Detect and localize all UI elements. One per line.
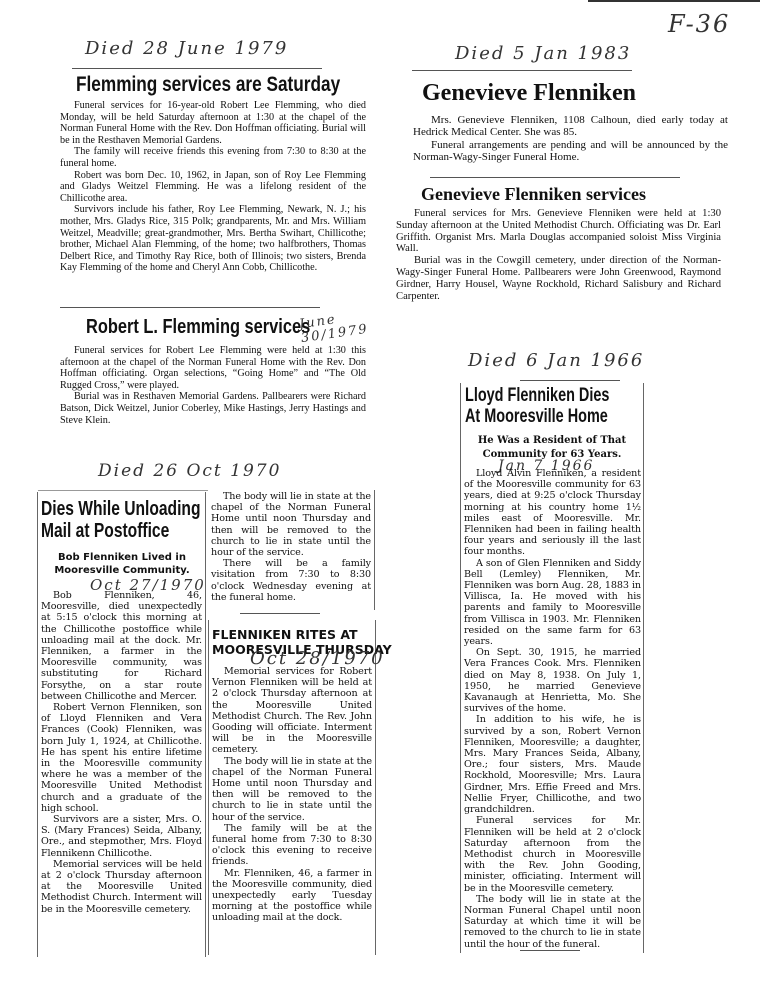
date-annotation: June 30/1979 <box>298 310 361 346</box>
headline: Genevieve Flenniken <box>422 80 636 107</box>
paragraph: Funeral arrangements are pending and wil… <box>413 139 728 164</box>
paragraph: A son of Glen Flenniken and Siddy Bell (… <box>464 558 641 648</box>
paragraph: The family will receive friends this eve… <box>60 146 366 169</box>
column-border <box>460 383 461 953</box>
article-body: Funeral services for Mrs. Genevieve Flen… <box>396 208 721 302</box>
paragraph: Bob Flenniken, 46, Mooresville, died une… <box>41 590 202 702</box>
paragraph: Survivors include his father, Roy Lee Fl… <box>60 204 366 274</box>
paragraph: Survivors are a sister, Mrs. O. S. (Mary… <box>41 814 202 859</box>
paragraph: Memorial services for Robert Vernon Flen… <box>212 666 372 756</box>
headline: Lloyd Flenniken Dies At Mooresville Home <box>465 385 609 427</box>
article-body: Lloyd Alvin Flenniken, a resident of the… <box>464 468 641 950</box>
subhead-line: Mooresville Community. <box>54 565 189 576</box>
page-number-annotation: F-36 <box>668 10 730 38</box>
article-body: Mrs. Genevieve Flenniken, 1108 Calhoun, … <box>413 114 728 164</box>
paragraph: Mr. Flenniken, 46, a farmer in the Moore… <box>212 868 372 924</box>
death-date-annotation: Died 6 Jan 1966 <box>468 350 644 371</box>
headline-line: Mail at Postoffice <box>41 520 169 542</box>
paragraph: Robert was born Dec. 10, 1962, in Japan,… <box>60 170 366 205</box>
divider <box>72 68 322 69</box>
divider <box>520 950 580 951</box>
column-border <box>643 383 644 953</box>
paragraph: Mrs. Genevieve Flenniken, 1108 Calhoun, … <box>413 114 728 139</box>
divider <box>240 613 320 614</box>
headline: Robert L. Flemming services <box>86 316 310 339</box>
subheadline: Bob Flenniken Lived in Mooresville Commu… <box>40 551 204 577</box>
paragraph: Burial was in Resthaven Memorial Gardens… <box>60 391 366 426</box>
article-body: Bob Flenniken, 46, Mooresville, died une… <box>41 590 202 915</box>
article-body-continued: The body will lie in state at the chapel… <box>211 491 371 603</box>
column-border <box>375 620 376 955</box>
headline: Genevieve Flenniken services <box>421 184 646 205</box>
column-border <box>205 492 206 957</box>
divider <box>38 490 208 491</box>
paragraph: Memorial services will be held at 2 o'cl… <box>41 859 202 915</box>
paragraph: There will be a family visitation from 7… <box>211 558 371 603</box>
death-date-annotation: Died 26 Oct 1970 <box>98 461 281 481</box>
paragraph: Funeral services for Mrs. Genevieve Flen… <box>396 208 721 255</box>
article-body: Funeral services for 16-year-old Robert … <box>60 100 366 274</box>
paragraph: Burial was in the Cowgill cemetery, unde… <box>396 255 721 302</box>
headline-line: Lloyd Flenniken Dies <box>465 385 609 406</box>
column-border <box>37 492 38 957</box>
paragraph: The body will lie in state at the Norman… <box>464 894 641 950</box>
top-edge-rule <box>588 0 760 2</box>
paragraph: The family will be at the funeral home f… <box>212 823 372 868</box>
divider <box>430 177 680 178</box>
paragraph: Lloyd Alvin Flenniken, a resident of the… <box>464 468 641 558</box>
divider <box>412 70 632 71</box>
column-border <box>374 490 375 610</box>
death-date-annotation: Died 28 June 1979 <box>85 38 288 59</box>
column-border <box>208 620 209 955</box>
divider <box>520 380 620 381</box>
headline: Flemming services are Saturday <box>76 73 340 97</box>
article-body: Memorial services for Robert Vernon Flen… <box>212 666 372 924</box>
headline-line: FLENNIKEN RITES AT <box>212 627 358 642</box>
divider <box>60 307 320 308</box>
paragraph: Funeral services for Robert Lee Flemming… <box>60 345 366 391</box>
article-body: Funeral services for Robert Lee Flemming… <box>60 345 366 426</box>
paragraph: Funeral services for Mr. Flenniken will … <box>464 815 641 893</box>
paragraph: Funeral services for 16-year-old Robert … <box>60 100 366 146</box>
paragraph: Robert Vernon Flenniken, son of Lloyd Fl… <box>41 702 202 814</box>
headline: Dies While Unloading Mail at Postoffice <box>41 498 200 542</box>
headline-line: At Mooresville Home <box>465 406 608 427</box>
paragraph: The body will lie in state at the chapel… <box>211 491 371 558</box>
headline-line: Dies While Unloading <box>41 498 200 520</box>
paragraph: The body will lie in state at the chapel… <box>212 756 372 823</box>
death-date-annotation: Died 5 Jan 1983 <box>455 43 631 64</box>
subhead-line: Bob Flenniken Lived in <box>58 552 186 563</box>
paragraph: In addition to his wife, he is survived … <box>464 714 641 815</box>
paragraph: On Sept. 30, 1915, he married Vera Franc… <box>464 647 641 714</box>
subhead-line: He Was a Resident of That <box>478 435 626 446</box>
